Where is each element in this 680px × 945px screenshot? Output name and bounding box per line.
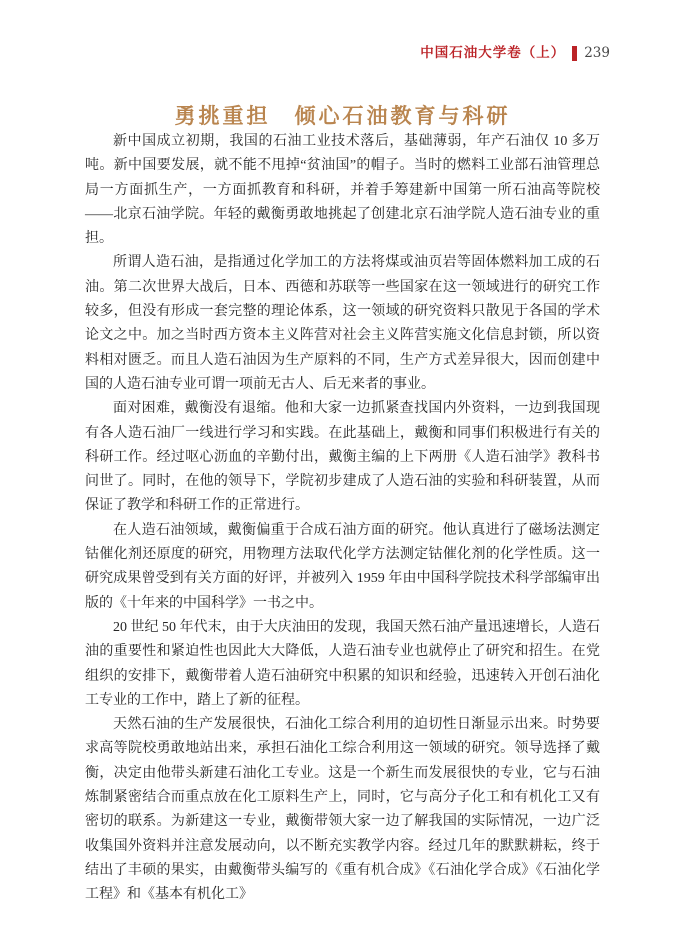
paragraph: 天然石油的生产发展很快，石油化工综合利用的迫切性日渐显示出来。时势要求高等院校勇… — [85, 713, 600, 907]
article-body: 新中国成立初期，我国的石油工业技术落后，基础薄弱，年产石油仅 10 多万吨。新中… — [85, 130, 600, 908]
paragraph: 所谓人造石油，是指通过化学加工的方法将煤或油页岩等固体燃料加工成的石油。第二次世… — [85, 251, 600, 397]
page-number: 239 — [584, 45, 610, 61]
paragraph: 面对困难，戴衡没有退缩。他和大家一边抓紧查找国内外资料，一边到我国现有各人造石油… — [85, 397, 600, 518]
page-header: 中国石油大学卷（上） 239 — [420, 45, 610, 61]
paragraph: 在人造石油领域，戴衡偏重于合成石油方面的研究。他认真进行了磁场法测定钴催化剂还原… — [85, 519, 600, 616]
paragraph: 新中国成立初期，我国的石油工业技术落后，基础薄弱，年产石油仅 10 多万吨。新中… — [85, 130, 600, 251]
article-title: 勇挑重担 倾心石油教育与科研 — [85, 100, 600, 130]
volume-label: 中国石油大学卷（上） — [420, 45, 565, 61]
paragraph: 20 世纪 50 年代末，由于大庆油田的发现，我国天然石油产量迅速增长，人造石油… — [85, 616, 600, 713]
document-page: 中国石油大学卷（上） 239 勇挑重担 倾心石油教育与科研 新中国成立初期，我国… — [0, 0, 680, 945]
page-number-divider — [572, 46, 577, 61]
